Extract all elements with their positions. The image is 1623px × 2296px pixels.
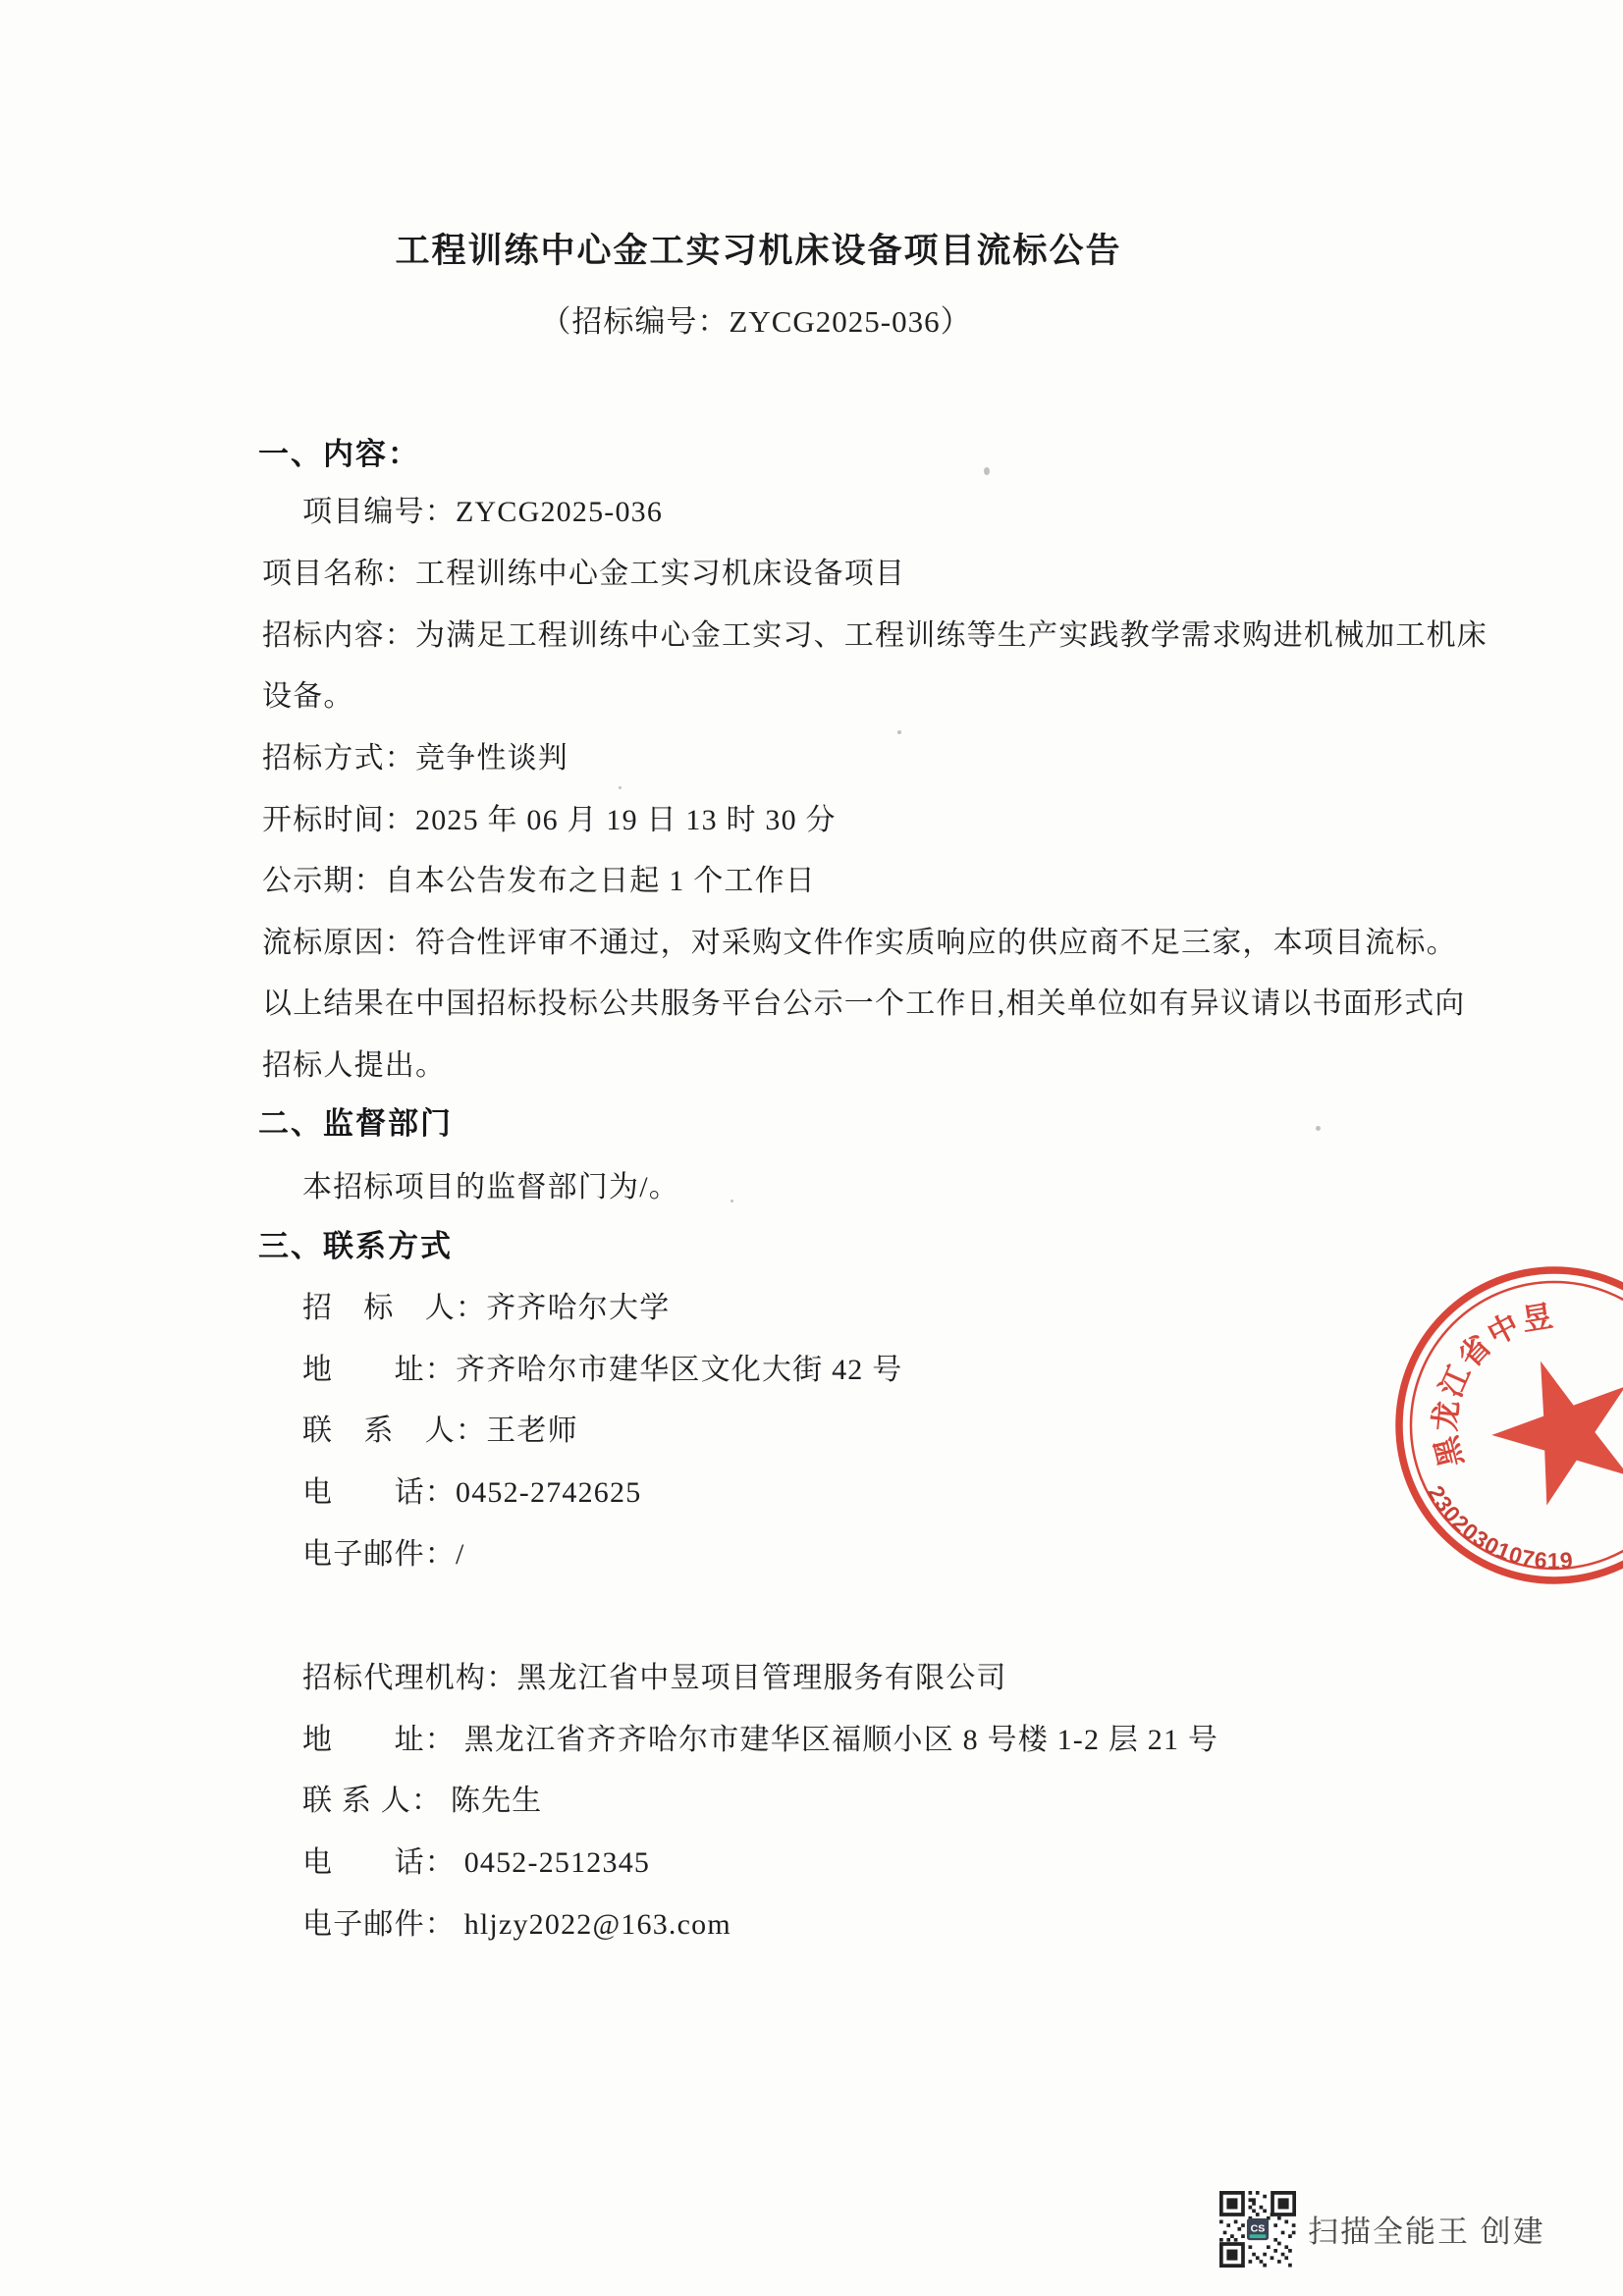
scan-speck: [1316, 1126, 1321, 1131]
scan-speck: [619, 786, 622, 789]
qr-code: CS: [1219, 2191, 1296, 2268]
scanner-watermark-text: 扫描全能王 创建: [1308, 2207, 1545, 2251]
svg-text:CS: CS: [1251, 2223, 1266, 2235]
tender-scope-line2: 设备。: [262, 677, 354, 717]
tender-method-line: 招标方式：竞争性谈判: [262, 739, 568, 778]
scan-speck: [730, 1200, 733, 1202]
scan-speck: [897, 730, 901, 734]
seal-star-icon: [1474, 1337, 1623, 1515]
svg-text:昱: 昱: [1520, 1299, 1555, 1337]
tenderer-email-line: 电子邮件：/: [302, 1535, 465, 1575]
qr-logo: CS: [1247, 2218, 1269, 2240]
project-number-line: 项目编号：ZYCG2025-036: [302, 493, 663, 532]
agency-person-line: 联 系 人： 陈先生: [302, 1782, 543, 1821]
result-note-line1: 以上结果在中国招标投标公共服务平台公示一个工作日,相关单位如有异议请以书面形式向: [262, 985, 1466, 1024]
supervision-body-line: 本招标项目的监督部门为/。: [302, 1168, 679, 1207]
tenderer-address-line: 地 址：齐齐哈尔市建华区文化大街 42 号: [302, 1351, 902, 1390]
failure-reason-line: 流标原因：符合性评审不通过，对采购文件作实质响应的供应商不足三家，本项目流标。: [262, 924, 1457, 963]
section2-heading: 二、监督部门: [258, 1104, 453, 1144]
tender-number-subtitle: （招标编号：ZYCG2025-036）: [0, 296, 1512, 341]
section1-heading: 一、内容：: [258, 435, 420, 474]
result-note-line2: 招标人提出。: [262, 1046, 446, 1086]
document-page: 工程训练中心金工实习机床设备项目流标公告 （招标编号：ZYCG2025-036）…: [0, 0, 1623, 2296]
agency-phone-line: 电 话： 0452-2512345: [302, 1843, 650, 1883]
footer-watermark: CS: [1219, 2191, 1296, 2268]
company-seal: 黑 龙 江 省 中 昱 2302030107619: [1358, 1229, 1623, 1622]
project-name-line: 项目名称：工程训练中心金工实习机床设备项目: [262, 555, 905, 594]
svg-text:龙: 龙: [1428, 1399, 1465, 1432]
scan-speck: [984, 467, 990, 475]
tenderer-phone-line: 电 话：0452-2742625: [302, 1473, 641, 1513]
tenderer-person-line: 联 系 人：王老师: [302, 1412, 578, 1451]
section3-heading: 三、联系方式: [258, 1227, 453, 1266]
svg-text:黑: 黑: [1429, 1432, 1470, 1471]
agency-line: 招标代理机构：黑龙江省中昱项目管理服务有限公司: [302, 1659, 1007, 1698]
bid-opening-time-line: 开标时间：2025 年 06 月 19 日 13 时 30 分: [262, 801, 837, 840]
tender-scope-line1: 招标内容：为满足工程训练中心金工实习、工程训练等生产实践教学需求购进机械加工机床: [262, 616, 1488, 656]
tenderer-line: 招 标 人：齐齐哈尔大学: [302, 1289, 670, 1328]
agency-email-line: 电子邮件： hljzy2022@163.com: [302, 1905, 731, 1945]
agency-address-line: 地 址： 黑龙江省齐齐哈尔市建华区福顺小区 8 号楼 1-2 层 21 号: [302, 1721, 1218, 1760]
page-title: 工程训练中心金工实习机床设备项目流标公告: [0, 224, 1517, 273]
publicity-period-line: 公示期：自本公告发布之日起 1 个工作日: [262, 862, 816, 901]
